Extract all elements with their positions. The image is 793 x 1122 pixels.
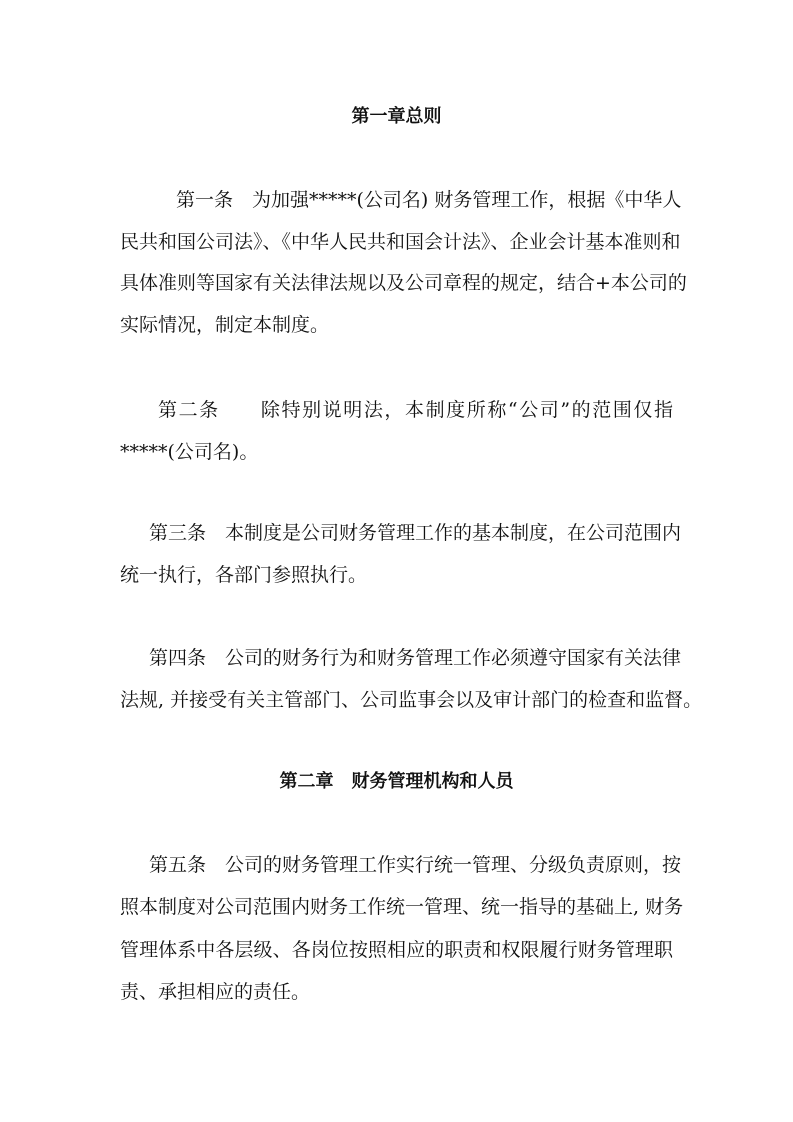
article-3-line-2: 统一执行，各部门参照执行。 <box>120 562 673 588</box>
chapter-1-title: 第一章总则 <box>0 104 793 130</box>
chapter-2-title: 第二章 财务管理机构和人员 <box>0 769 793 795</box>
article-3-line-1: 第三条 本制度是公司财务管理工作的基本制度，在公司范围内 <box>149 520 673 546</box>
article-4-line-2: 法规, 并接受有关主管部门、公司监事会以及审计部门的检查和监督。 <box>120 687 673 713</box>
article-1-line-3: 具体准则等国家有关法律法规以及公司章程的规定，结合+本公司的 <box>120 270 673 296</box>
article-2-line-2: *****(公司名)。 <box>120 439 673 465</box>
article-4-line-1: 第四条 公司的财务行为和财务管理工作必须遵守国家有关法律 <box>149 645 673 671</box>
article-5-line-2: 照本制度对公司范围内财务工作统一管理、统一指导的基础上, 财务 <box>120 894 673 920</box>
article-5-line-4: 责、承担相应的责任。 <box>120 979 673 1005</box>
article-5-line-1: 第五条 公司的财务管理工作实行统一管理、分级负责原则，按 <box>149 852 673 878</box>
article-2-line-1: 第二条 除特别说明法，本制度所称“公司”的范围仅指 <box>158 397 673 423</box>
article-1-line-2: 民共和国公司法》、《中华人民共和国会计法》、企业会计基本准则和 <box>120 229 673 255</box>
article-5-line-3: 管理体系中各层级、各岗位按照相应的职责和权限履行财务管理职 <box>120 937 673 963</box>
article-1-line-4: 实际情况，制定本制度。 <box>120 312 673 338</box>
article-1-line-1: 第一条 为加强*****(公司名) 财务管理工作，根据《中华人 <box>176 187 673 213</box>
